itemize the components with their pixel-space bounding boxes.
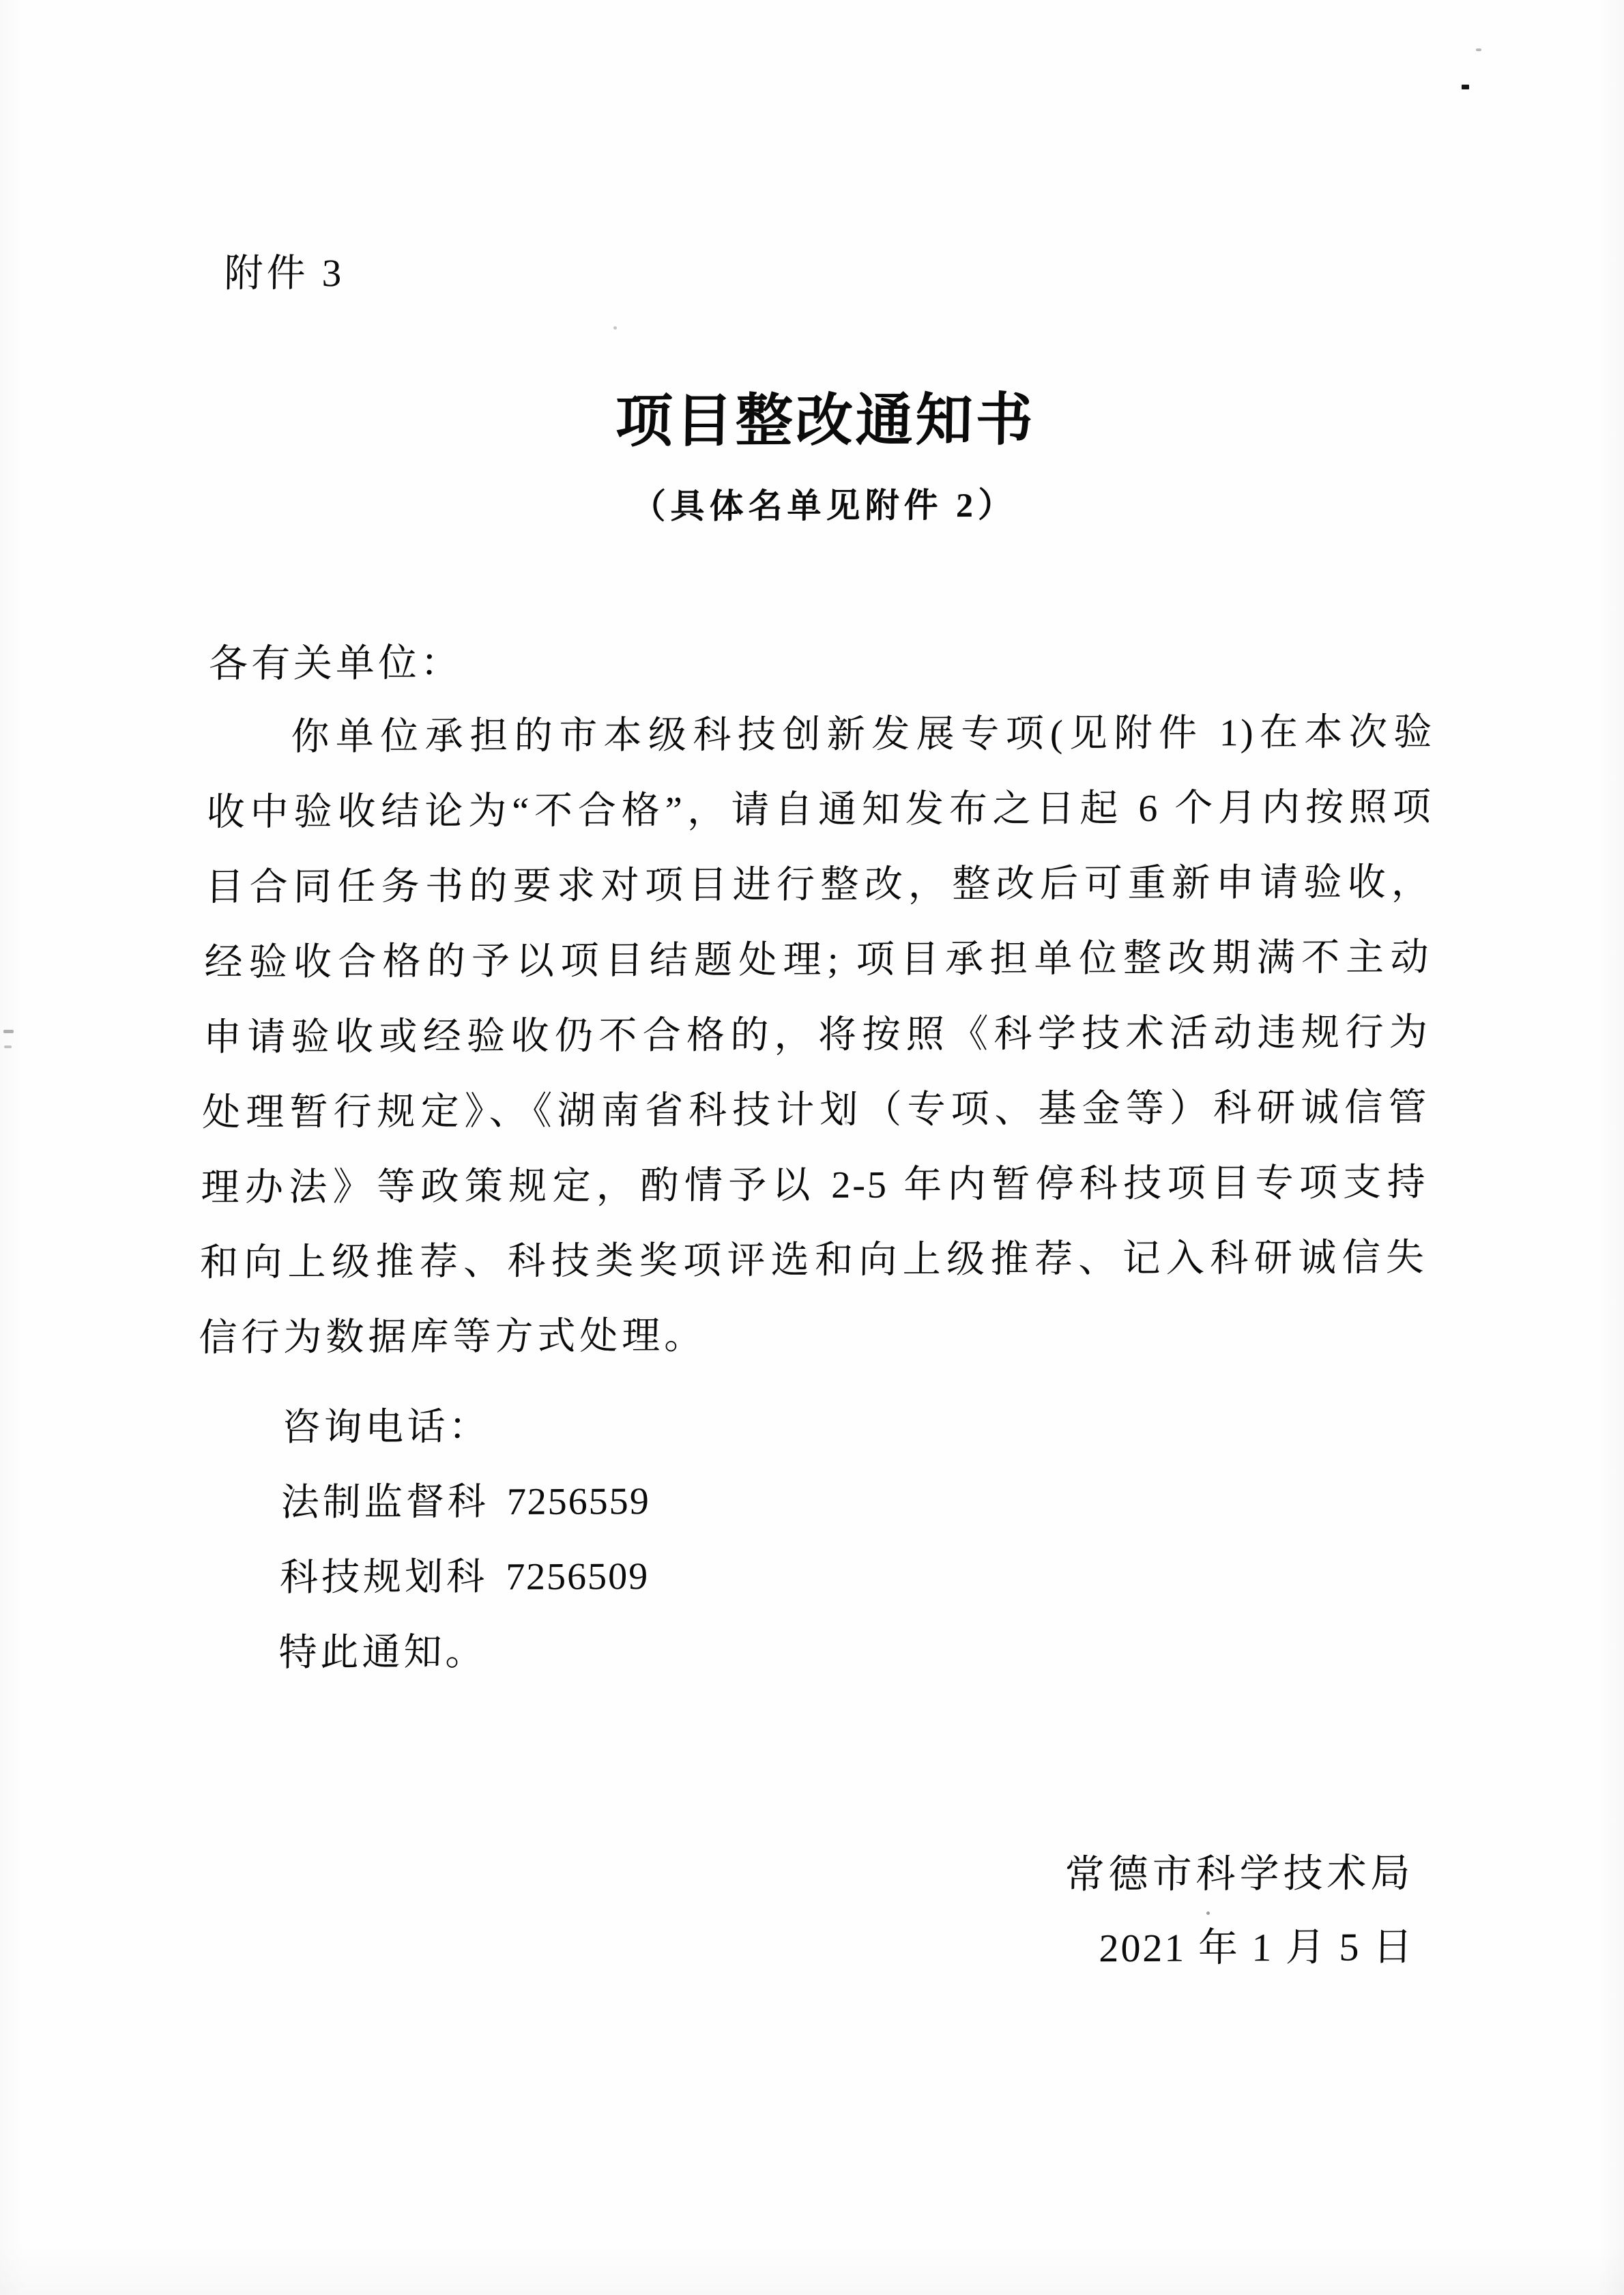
contact-row: 法制监督科7256559 bbox=[196, 1460, 1423, 1541]
scan-speck bbox=[1462, 85, 1469, 89]
body-line: 目合同任务书的要求对项目进行整改，整改后可重新申请验收， bbox=[205, 845, 1432, 925]
body-paragraph: 你单位承担的市本级科技创新发展专项(见附件 1)在本次验 收中验收结论为“不合格… bbox=[199, 695, 1435, 1376]
body-line: 你单位承担的市本级科技创新发展专项(见附件 1)在本次验 bbox=[207, 695, 1435, 775]
scan-speck bbox=[1476, 48, 1481, 51]
document-subtitle: （具体名单见附件 2） bbox=[211, 482, 1438, 530]
attachment-label: 附件 3 bbox=[214, 247, 1441, 296]
contact-section: 咨询电话： 法制监督科7256559 科技规划科7256509 特此通知。 bbox=[194, 1385, 1425, 1691]
document-content: 附件 3 项目整改通知书 （具体名单见附件 2） 各有关单位： 你单位承担的市本… bbox=[190, 247, 1441, 1974]
scan-speck bbox=[4, 1045, 12, 1048]
contact-phone: 7256559 bbox=[506, 1480, 650, 1523]
contact-row: 科技规划科7256509 bbox=[194, 1535, 1422, 1616]
signature-date: 2021 年 1 月 5 日 bbox=[190, 1926, 1417, 1974]
contact-department: 科技规划科 bbox=[280, 1556, 489, 1599]
scan-speck bbox=[3, 1030, 14, 1033]
body-line: 处理暂行规定》、《湖南省科技计划（专项、基金等）科研诚信管 bbox=[201, 1070, 1429, 1151]
document-title: 项目整改通知书 bbox=[212, 378, 1439, 465]
body-line: 和向上级推荐、科技类奖项评选和向上级推荐、记入科研诚信失 bbox=[199, 1220, 1427, 1301]
contact-phone: 7256509 bbox=[506, 1555, 650, 1598]
body-line: 经验收合格的予以项目结题处理; 项目承担单位整改期满不主动 bbox=[204, 920, 1432, 1000]
contact-department: 法制监督科 bbox=[280, 1481, 489, 1524]
body-line: 信行为数据库等方式处理。 bbox=[199, 1295, 1426, 1376]
contact-heading: 咨询电话： bbox=[197, 1385, 1425, 1466]
signature-agency: 常德市科学技术局 bbox=[190, 1851, 1417, 1901]
scanned-document-page: 附件 3 项目整改通知书 （具体名单见附件 2） 各有关单位： 你单位承担的市本… bbox=[0, 0, 1624, 2295]
salutation: 各有关单位： bbox=[209, 636, 1436, 688]
closing-phrase: 特此通知。 bbox=[194, 1611, 1421, 1691]
body-line: 理办法》等政策规定，酌情予以 2-5 年内暂停科技项目专项支持 bbox=[201, 1145, 1428, 1226]
body-line: 收中验收结论为“不合格”，请自通知发布之日起 6 个月内按照项 bbox=[206, 770, 1434, 850]
body-line: 申请验收或经验收仍不合格的，将按照《科学技术活动违规行为 bbox=[203, 995, 1430, 1076]
